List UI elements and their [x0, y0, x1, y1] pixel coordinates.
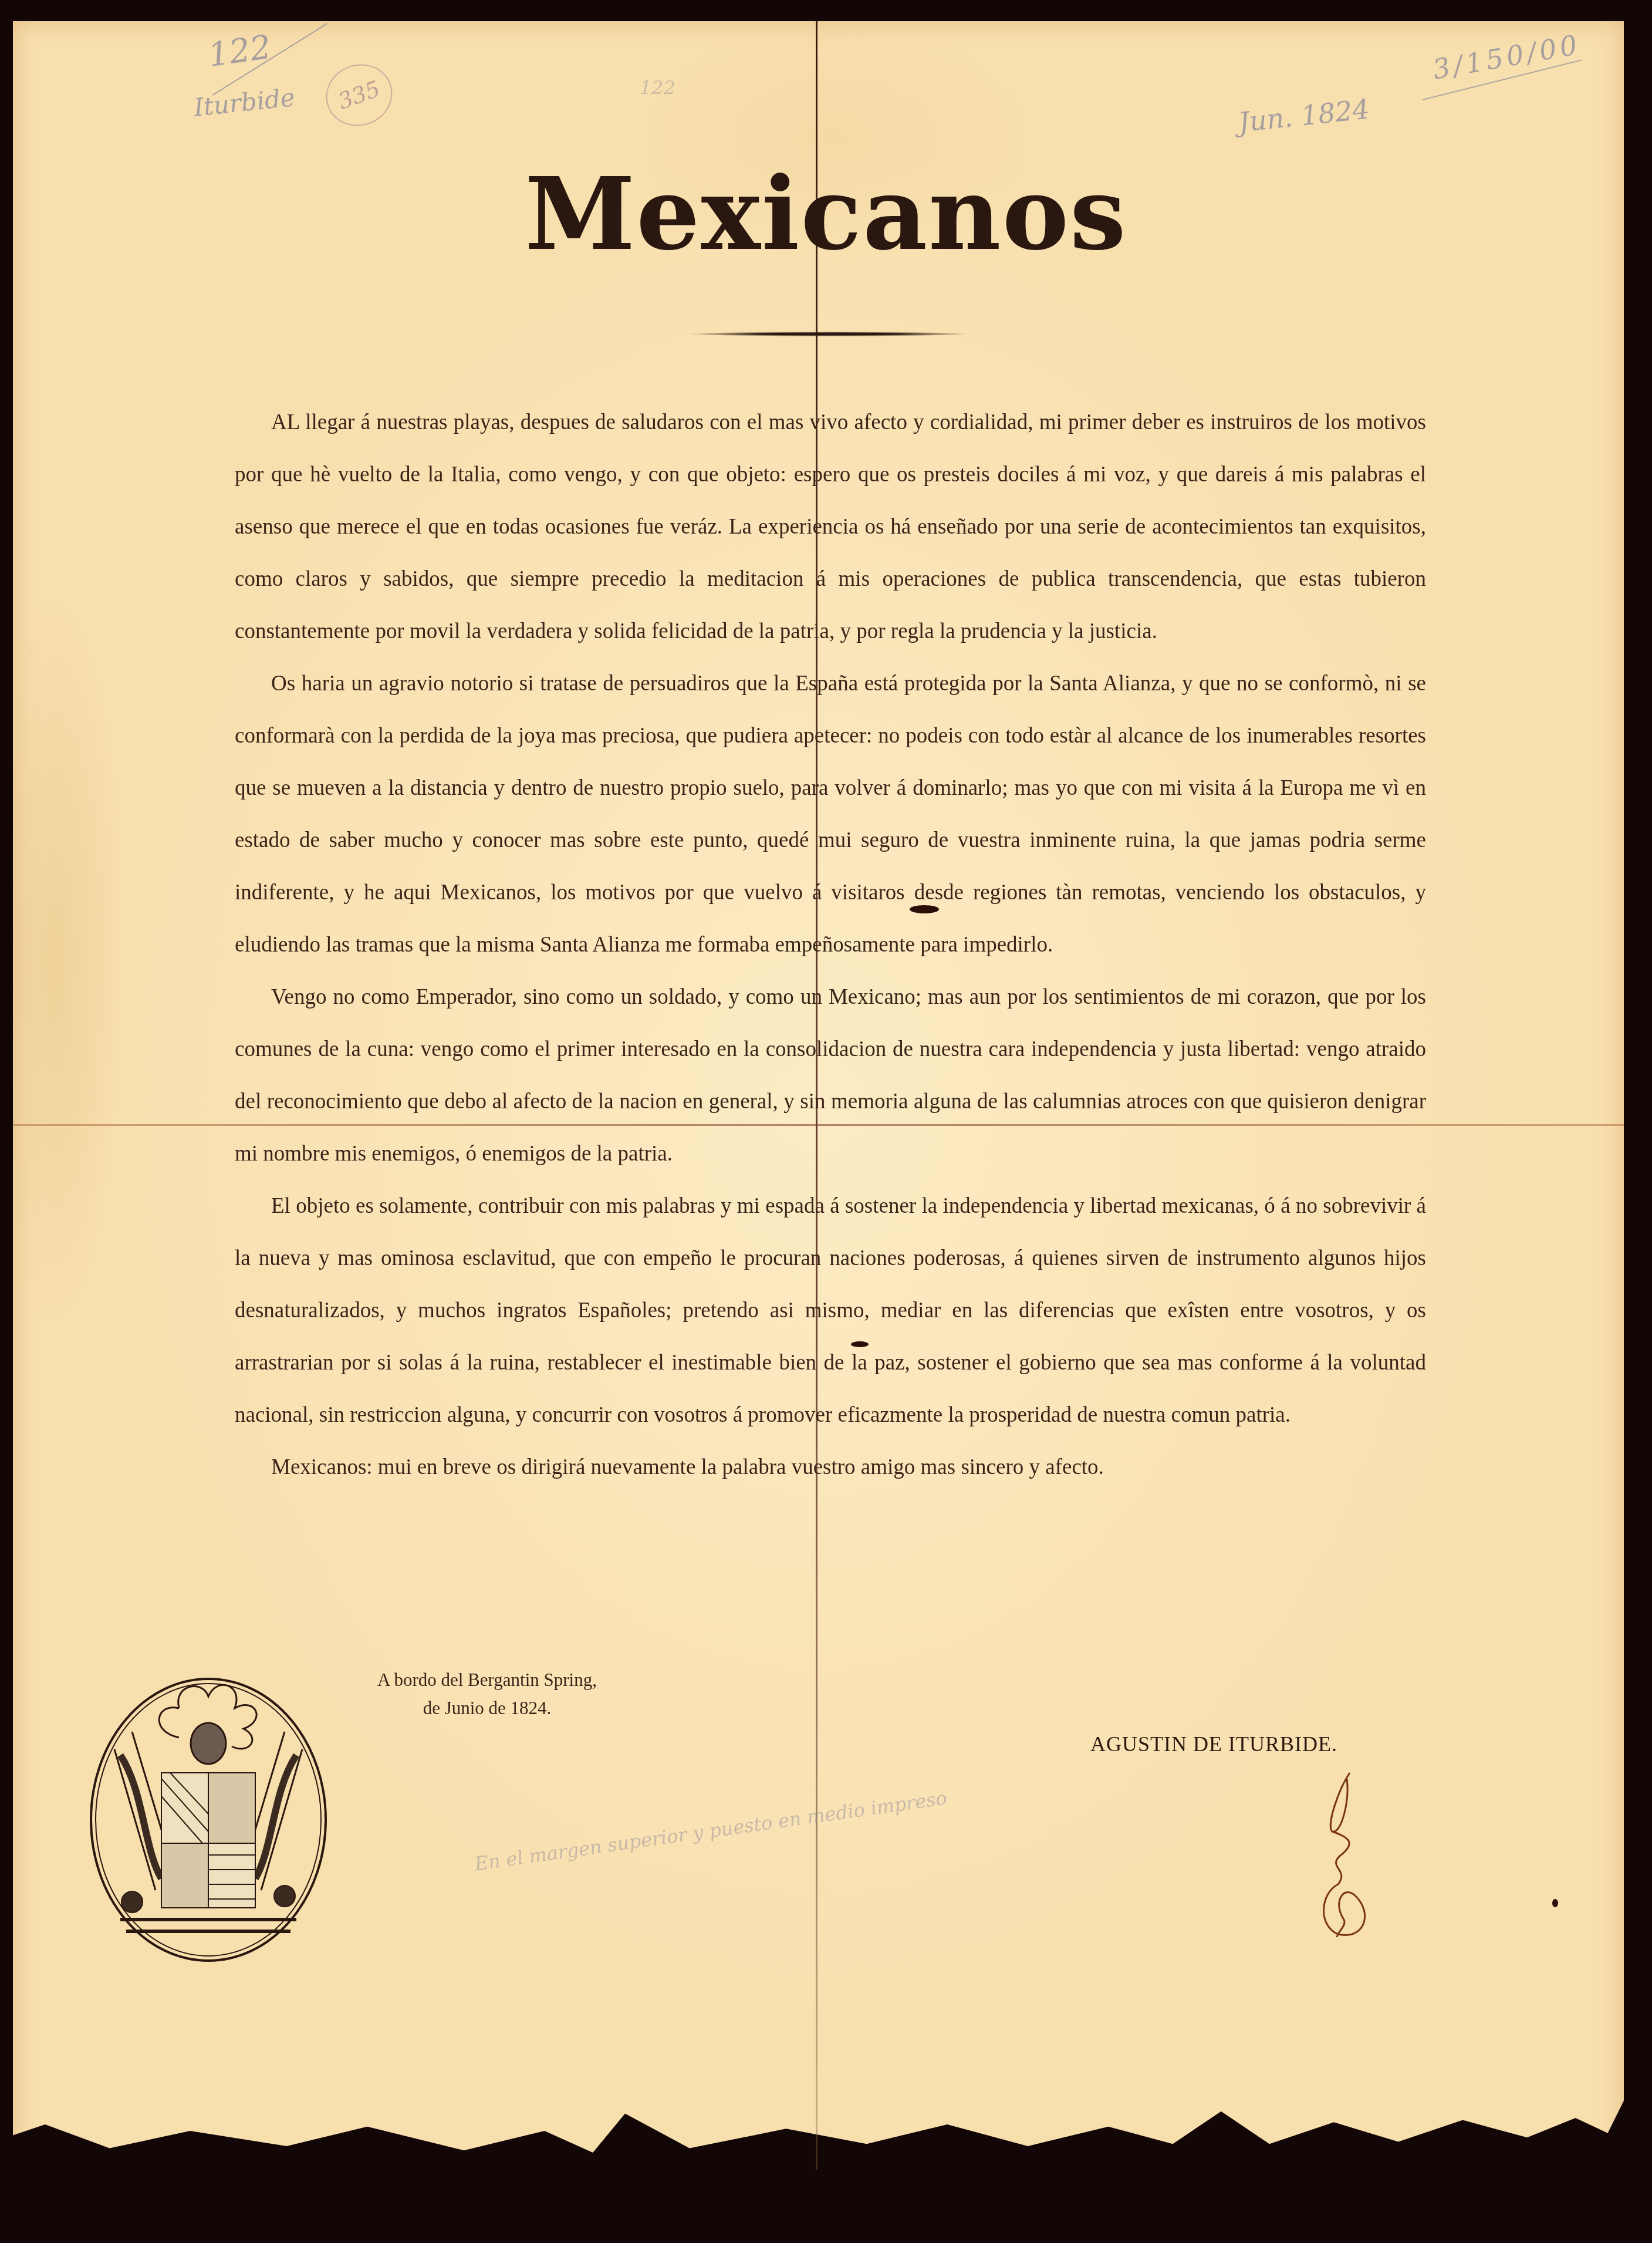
pencil-faint-number: 122 [640, 76, 675, 99]
paragraph: AL llegar á nuestras playas, despues de … [235, 396, 1426, 657]
ink-blot [910, 905, 939, 913]
proclamation-body: AL llegar á nuestras playas, despues de … [235, 396, 1426, 1493]
ink-blot [851, 1341, 869, 1347]
paragraph: Vengo no como Emperador, sino como un so… [235, 971, 1426, 1180]
paragraph: El objeto es solamente, contribuir con m… [235, 1180, 1426, 1441]
paragraph-closing: Mexicanos: mui en breve os dirigirá nuev… [235, 1441, 1426, 1493]
title-ornamental-rule [688, 331, 969, 337]
place-and-date: A bordo del Bergantin Spring, de Junio d… [370, 1666, 604, 1722]
signer-name: AGUSTIN DE ITURBIDE. [1090, 1732, 1337, 1756]
handwritten-signature-icon [1315, 1767, 1379, 1943]
paragraph: Os haria un agravio notorio si tratase d… [235, 657, 1426, 971]
coat-of-arms-seal-icon [85, 1673, 332, 1967]
document-title: Mexicanos [0, 156, 1652, 273]
ink-dot [1552, 1899, 1558, 1907]
